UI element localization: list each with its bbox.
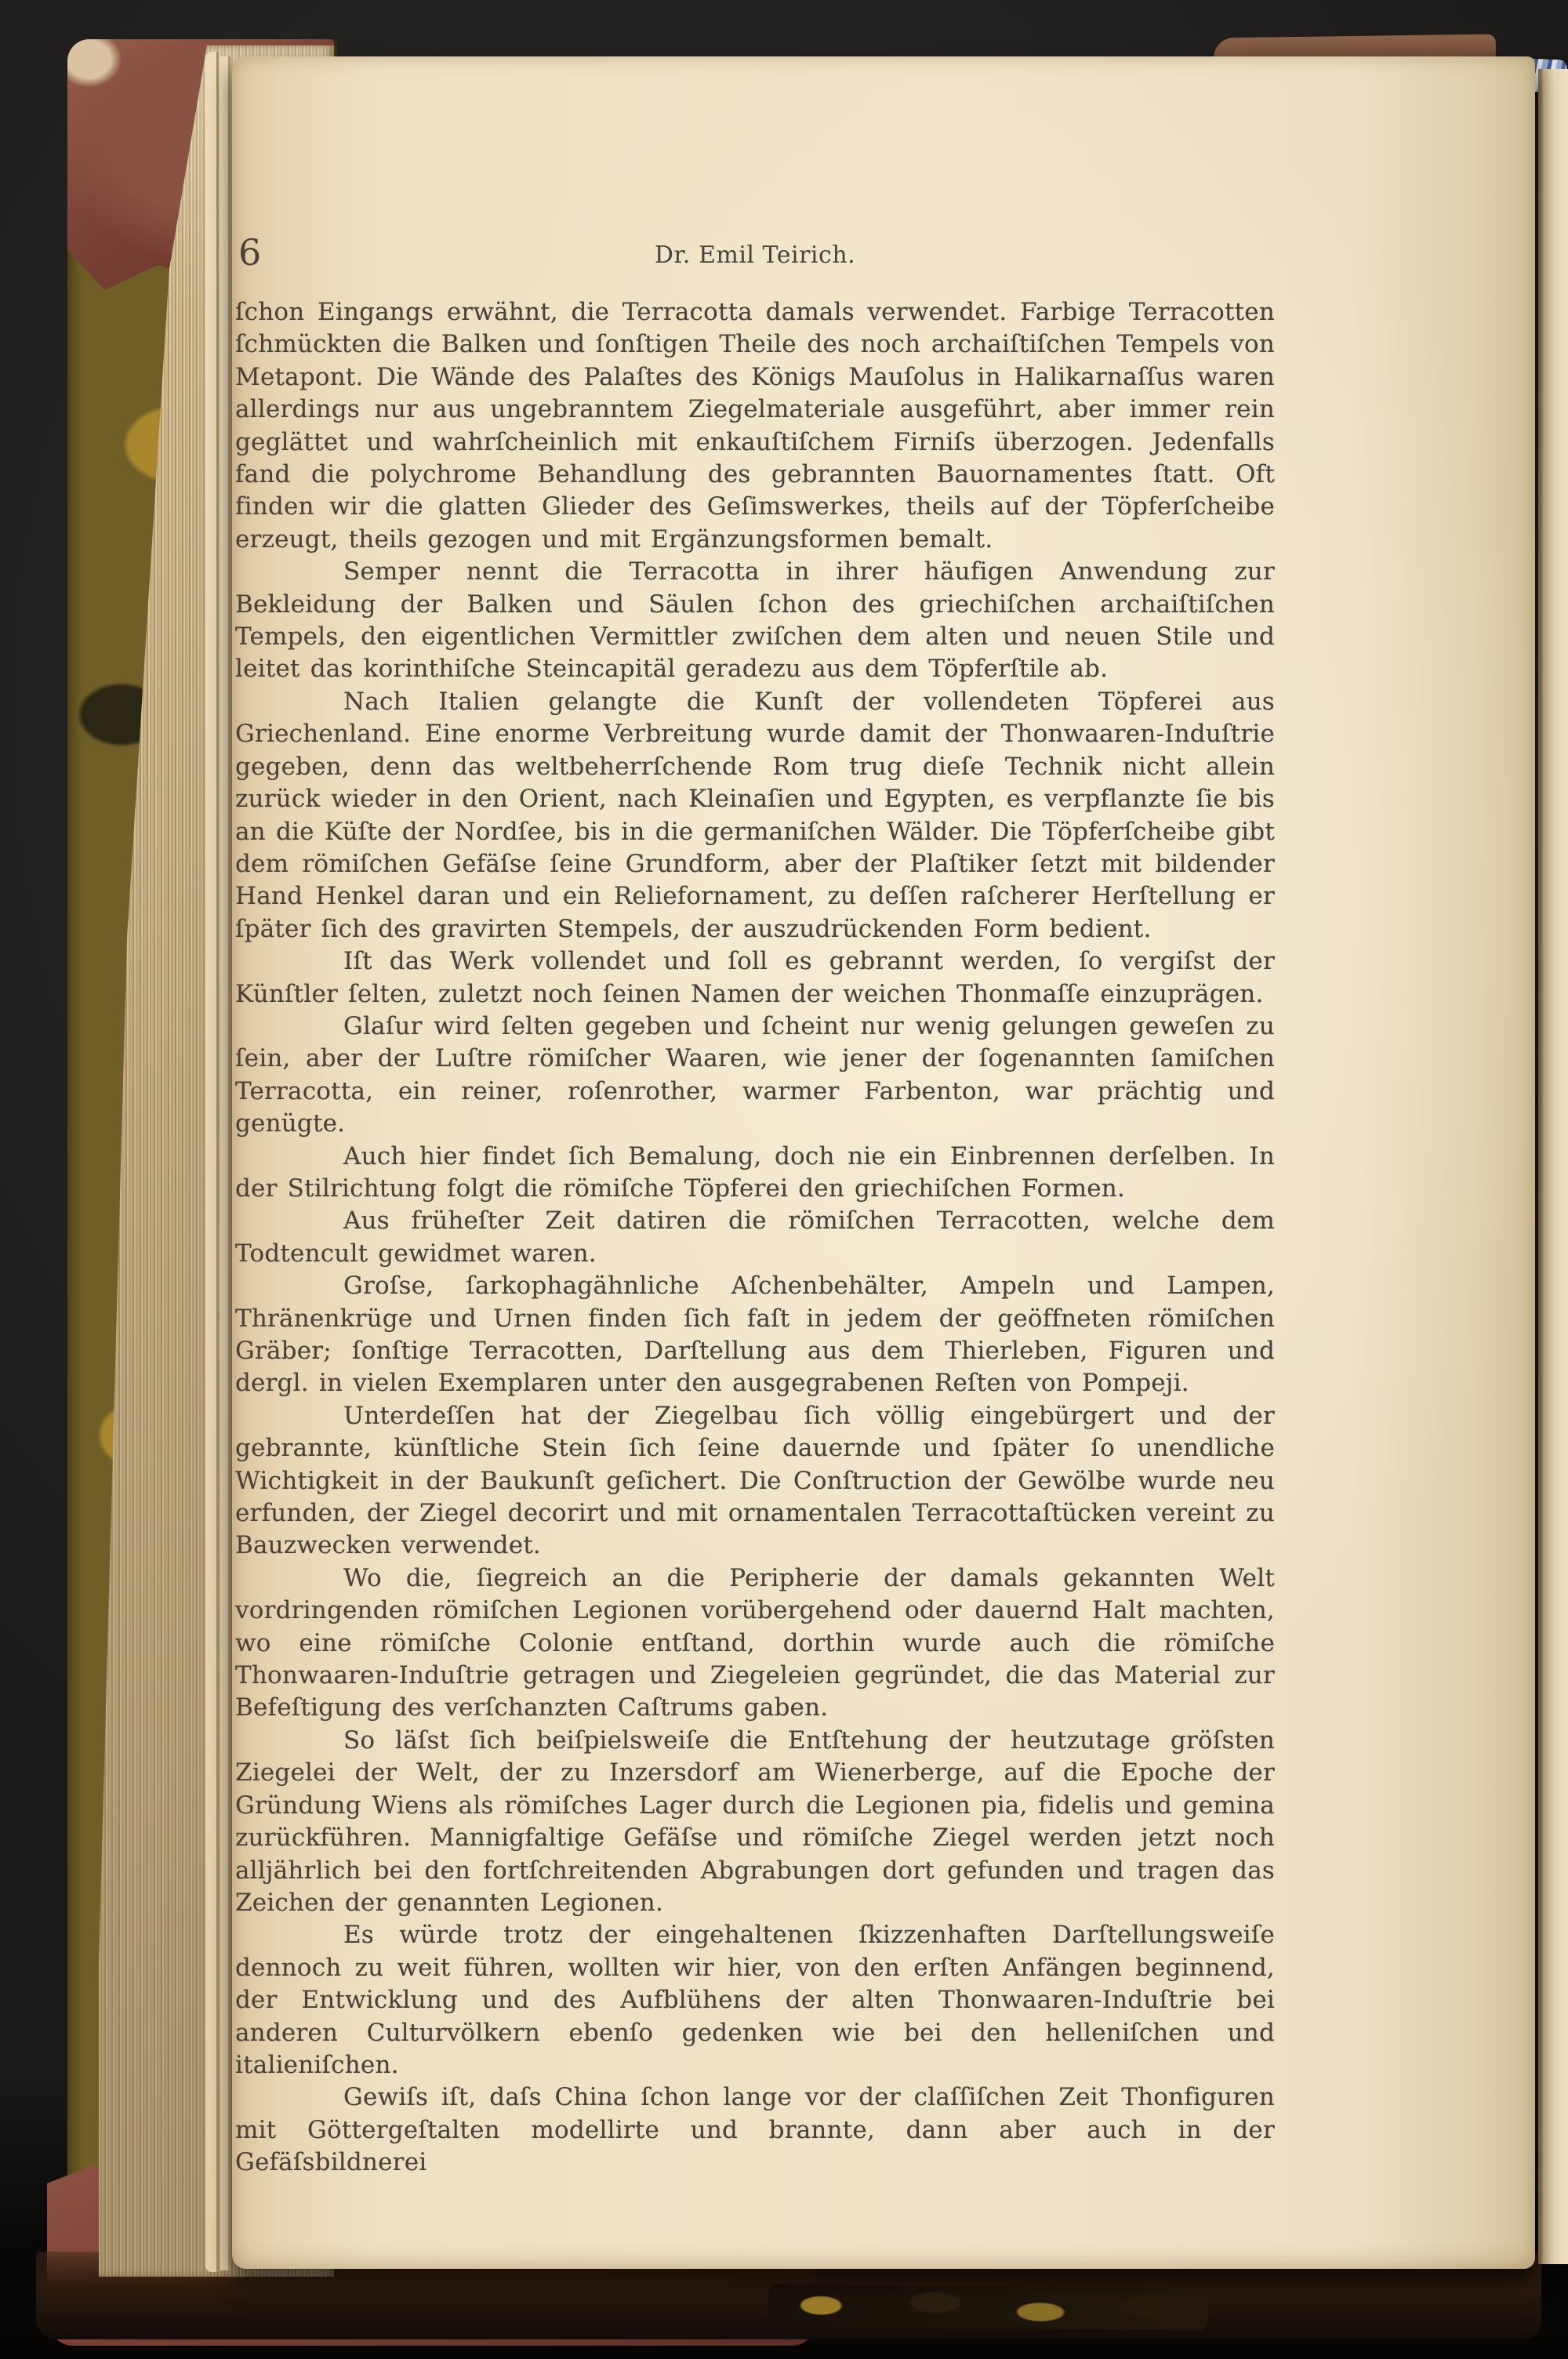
paragraph: Es würde trotz der eingehaltenen ſkizzen… (235, 1919, 1275, 2081)
paragraph: Unterdeſſen hat der Ziegelbau ſich völli… (235, 1400, 1275, 1562)
paragraph: Semper nennt die Terracotta in ihrer häu… (235, 556, 1275, 686)
printed-content: 6 Dr. Emil Teirich. ſchon Eingangs erwäh… (0, 0, 1568, 2359)
paragraph: Nach Italien gelangte die Kunſt der voll… (235, 686, 1275, 945)
paragraph: So läſst ſich beiſpielsweiſe die Entſteh… (235, 1725, 1275, 1919)
paragraph: Auch hier findet ſich Bemalung, doch nie… (235, 1141, 1275, 1206)
paragraph: Iſt das Werk vollendet und ſoll es gebra… (235, 945, 1275, 1011)
paragraph: Glaſur wird ſelten gegeben und ſcheint n… (235, 1011, 1275, 1141)
running-head: Dr. Emil Teirich. (235, 241, 1275, 269)
scanned-book-page: 6 Dr. Emil Teirich. ſchon Eingangs erwäh… (0, 0, 1568, 2359)
paragraph: Groſse, ſarkophagähnliche Aſchenbehälter… (235, 1270, 1275, 1400)
paragraph: Gewiſs iſt, daſs China ſchon lange vor d… (235, 2081, 1275, 2179)
text-block: ſchon Eingangs erwähnt, die Terracotta d… (235, 296, 1275, 2179)
paragraph: Wo die, ſiegreich an die Peripherie der … (235, 1562, 1275, 1725)
paragraph: Aus früheſter Zeit datiren die römiſchen… (235, 1205, 1275, 1270)
paragraph: ſchon Eingangs erwähnt, die Terracotta d… (235, 296, 1275, 556)
